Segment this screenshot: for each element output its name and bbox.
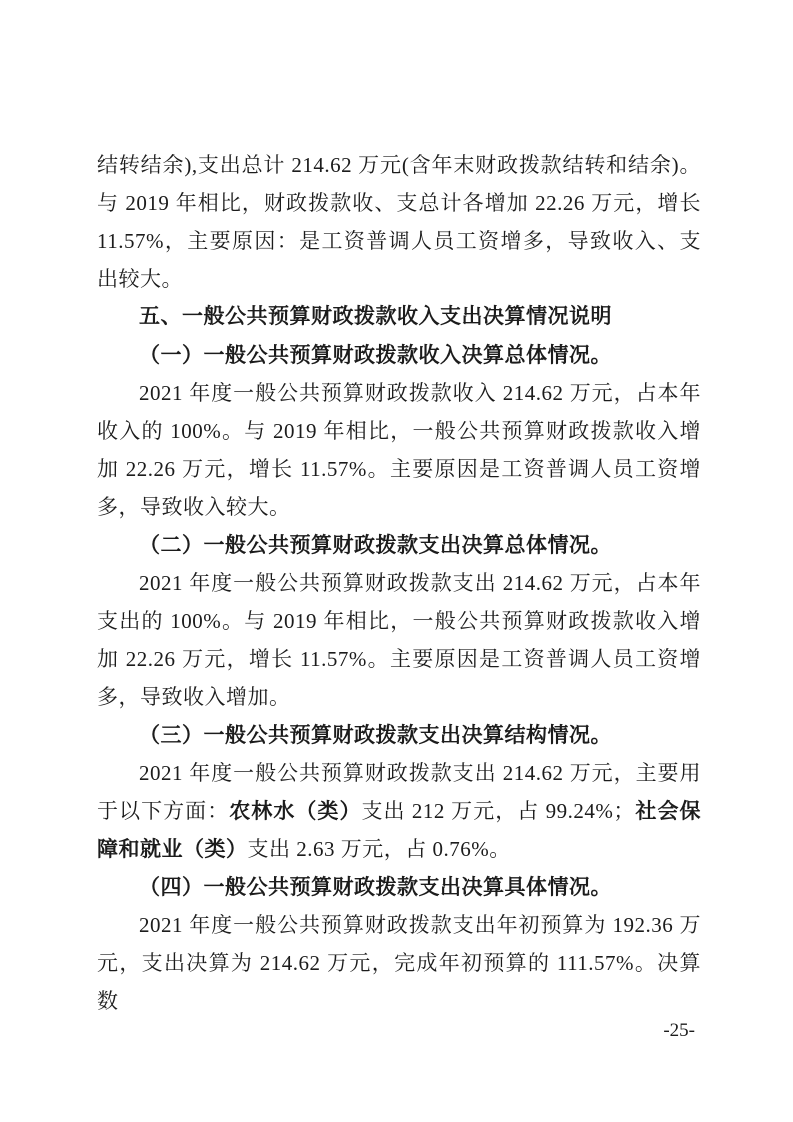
subsection-4-heading: （四）一般公共预算财政拨款支出决算具体情况。 <box>97 868 701 906</box>
document-content: 结转结余),支出总计 214.62 万元(含年末财政拨款结转和结余)。与 201… <box>97 146 701 1042</box>
subsection-3-run-5: 支出 2.63 万元，占 0.76%。 <box>248 837 511 861</box>
subsection-3-run-3: 支出 212 万元，占 99.24%； <box>362 799 635 823</box>
subsection-4-paragraph: 2021 年度一般公共预算财政拨款支出年初预算为 192.36 万元，支出决算为… <box>97 906 701 1020</box>
section-heading-five: 五、一般公共预算财政拨款收入支出决算情况说明 <box>97 298 701 336</box>
document-page: 结转结余),支出总计 214.62 万元(含年末财政拨款结转和结余)。与 201… <box>0 0 793 1122</box>
subsection-2-heading: （二）一般公共预算财政拨款支出决算总体情况。 <box>97 526 701 564</box>
subsection-3-run-2-bold: 农林水（类） <box>229 799 361 823</box>
subsection-2-paragraph: 2021 年度一般公共预算财政拨款支出 214.62 万元，占本年支出的 100… <box>97 564 701 716</box>
subsection-1-paragraph: 2021 年度一般公共预算财政拨款收入 214.62 万元，占本年收入的 100… <box>97 374 701 526</box>
page-number: -25- <box>97 1020 701 1042</box>
subsection-3-heading: （三）一般公共预算财政拨款支出决算结构情况。 <box>97 716 701 754</box>
subsection-1-heading: （一）一般公共预算财政拨款收入决算总体情况。 <box>97 336 701 374</box>
subsection-3-paragraph: 2021 年度一般公共预算财政拨款支出 214.62 万元，主要用于以下方面：农… <box>97 754 701 868</box>
carryover-paragraph: 结转结余),支出总计 214.62 万元(含年末财政拨款结转和结余)。与 201… <box>97 146 701 298</box>
